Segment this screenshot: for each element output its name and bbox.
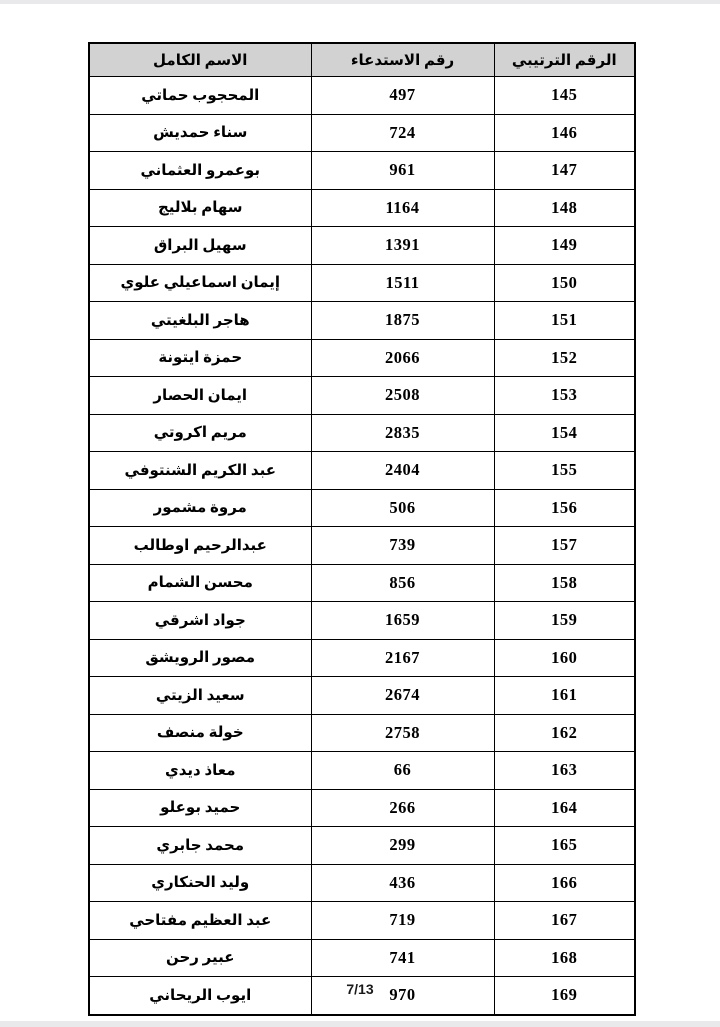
call-number-cell: 741 — [311, 939, 494, 977]
table-row: 153 2508 ايمان الحصار — [89, 377, 635, 415]
table-row: 145 497 المحجوب حماتي — [89, 77, 635, 115]
full-name-cell: حميد بوعلو — [89, 789, 311, 827]
full-name-cell: المحجوب حماتي — [89, 77, 311, 115]
serial-number-cell: 159 — [494, 602, 635, 640]
full-name-cell: جواد اشرقي — [89, 602, 311, 640]
serial-number-cell: 152 — [494, 339, 635, 377]
table-row: 167 719 عبد العظيم مفتاحي — [89, 902, 635, 940]
call-number-cell: 2835 — [311, 414, 494, 452]
serial-number-cell: 156 — [494, 489, 635, 527]
serial-number-cell: 155 — [494, 452, 635, 490]
call-number-cell: 1511 — [311, 264, 494, 302]
call-number-cell: 856 — [311, 564, 494, 602]
table-row: 158 856 محسن الشمام — [89, 564, 635, 602]
call-number-cell: 436 — [311, 864, 494, 902]
full-name-cell: عبير رحن — [89, 939, 311, 977]
roster-table: الرقم الترتيبي رقم الاستدعاء الاسم الكام… — [88, 42, 636, 1016]
full-name-cell: محمد جابري — [89, 827, 311, 865]
call-number-cell: 739 — [311, 527, 494, 565]
table-row: 149 1391 سهيل البراق — [89, 227, 635, 265]
serial-number-cell: 147 — [494, 152, 635, 190]
table-row: 166 436 وليد الحنكاري — [89, 864, 635, 902]
table-row: 159 1659 جواد اشرقي — [89, 602, 635, 640]
full-name-cell: محسن الشمام — [89, 564, 311, 602]
header-row: الرقم الترتيبي رقم الاستدعاء الاسم الكام… — [89, 43, 635, 77]
full-name-cell: هاجر البلغيتي — [89, 302, 311, 340]
call-number-cell: 2404 — [311, 452, 494, 490]
full-name-cell: وليد الحنكاري — [89, 864, 311, 902]
call-number-cell: 2674 — [311, 677, 494, 715]
serial-number-cell: 151 — [494, 302, 635, 340]
call-number-cell: 1164 — [311, 189, 494, 227]
table-row: 163 66 معاذ ديدي — [89, 752, 635, 790]
serial-number-cell: 161 — [494, 677, 635, 715]
serial-number-cell: 145 — [494, 77, 635, 115]
table-body: 145 497 المحجوب حماتي 146 724 سناء حمديش… — [89, 77, 635, 1015]
table-row: 168 741 عبير رحن — [89, 939, 635, 977]
call-number-cell: 1391 — [311, 227, 494, 265]
call-number-cell: 2066 — [311, 339, 494, 377]
serial-number-cell: 153 — [494, 377, 635, 415]
full-name-cell: عبد الكريم الشنتوفي — [89, 452, 311, 490]
serial-number-cell: 165 — [494, 827, 635, 865]
page-edge-top — [0, 0, 720, 4]
table-row: 152 2066 حمزة ايتونة — [89, 339, 635, 377]
call-number-cell: 1659 — [311, 602, 494, 640]
call-number-cell: 506 — [311, 489, 494, 527]
full-name-cell: سناء حمديش — [89, 114, 311, 152]
full-name-cell: حمزة ايتونة — [89, 339, 311, 377]
table-row: 161 2674 سعيد الزيتي — [89, 677, 635, 715]
call-number-cell: 2167 — [311, 639, 494, 677]
call-number-cell: 1875 — [311, 302, 494, 340]
header-call-number: رقم الاستدعاء — [311, 43, 494, 77]
call-number-cell: 2758 — [311, 714, 494, 752]
serial-number-cell: 149 — [494, 227, 635, 265]
serial-number-cell: 150 — [494, 264, 635, 302]
full-name-cell: سهيل البراق — [89, 227, 311, 265]
table-row: 150 1511 إيمان اسماعيلي علوي — [89, 264, 635, 302]
serial-number-cell: 154 — [494, 414, 635, 452]
full-name-cell: مريم اكروتي — [89, 414, 311, 452]
serial-number-cell: 166 — [494, 864, 635, 902]
full-name-cell: معاذ ديدي — [89, 752, 311, 790]
full-name-cell: ايمان الحصار — [89, 377, 311, 415]
page-number: 7/13 — [0, 981, 720, 997]
full-name-cell: خولة منصف — [89, 714, 311, 752]
table-row: 154 2835 مريم اكروتي — [89, 414, 635, 452]
full-name-cell: سهام بلاليج — [89, 189, 311, 227]
table-row: 146 724 سناء حمديش — [89, 114, 635, 152]
table-row: 165 299 محمد جابري — [89, 827, 635, 865]
table-row: 148 1164 سهام بلاليج — [89, 189, 635, 227]
document-page: الرقم الترتيبي رقم الاستدعاء الاسم الكام… — [0, 0, 720, 1027]
header-serial-number: الرقم الترتيبي — [494, 43, 635, 77]
call-number-cell: 2508 — [311, 377, 494, 415]
call-number-cell: 961 — [311, 152, 494, 190]
full-name-cell: بوعمرو العثماني — [89, 152, 311, 190]
serial-number-cell: 163 — [494, 752, 635, 790]
table-row: 160 2167 مصور الرويشق — [89, 639, 635, 677]
table-row: 156 506 مروة مشمور — [89, 489, 635, 527]
table-row: 164 266 حميد بوعلو — [89, 789, 635, 827]
serial-number-cell: 164 — [494, 789, 635, 827]
call-number-cell: 299 — [311, 827, 494, 865]
call-number-cell: 719 — [311, 902, 494, 940]
table-row: 157 739 عبدالرحيم اوطالب — [89, 527, 635, 565]
serial-number-cell: 162 — [494, 714, 635, 752]
call-number-cell: 724 — [311, 114, 494, 152]
full-name-cell: عبدالرحيم اوطالب — [89, 527, 311, 565]
full-name-cell: عبد العظيم مفتاحي — [89, 902, 311, 940]
serial-number-cell: 146 — [494, 114, 635, 152]
call-number-cell: 266 — [311, 789, 494, 827]
serial-number-cell: 167 — [494, 902, 635, 940]
call-number-cell: 66 — [311, 752, 494, 790]
full-name-cell: مروة مشمور — [89, 489, 311, 527]
full-name-cell: إيمان اسماعيلي علوي — [89, 264, 311, 302]
full-name-cell: سعيد الزيتي — [89, 677, 311, 715]
table-row: 147 961 بوعمرو العثماني — [89, 152, 635, 190]
page-edge-bottom — [0, 1021, 720, 1027]
table-row: 155 2404 عبد الكريم الشنتوفي — [89, 452, 635, 490]
call-number-cell: 497 — [311, 77, 494, 115]
table-row: 162 2758 خولة منصف — [89, 714, 635, 752]
serial-number-cell: 160 — [494, 639, 635, 677]
header-full-name: الاسم الكامل — [89, 43, 311, 77]
serial-number-cell: 158 — [494, 564, 635, 602]
full-name-cell: مصور الرويشق — [89, 639, 311, 677]
table-row: 151 1875 هاجر البلغيتي — [89, 302, 635, 340]
serial-number-cell: 168 — [494, 939, 635, 977]
serial-number-cell: 157 — [494, 527, 635, 565]
serial-number-cell: 148 — [494, 189, 635, 227]
